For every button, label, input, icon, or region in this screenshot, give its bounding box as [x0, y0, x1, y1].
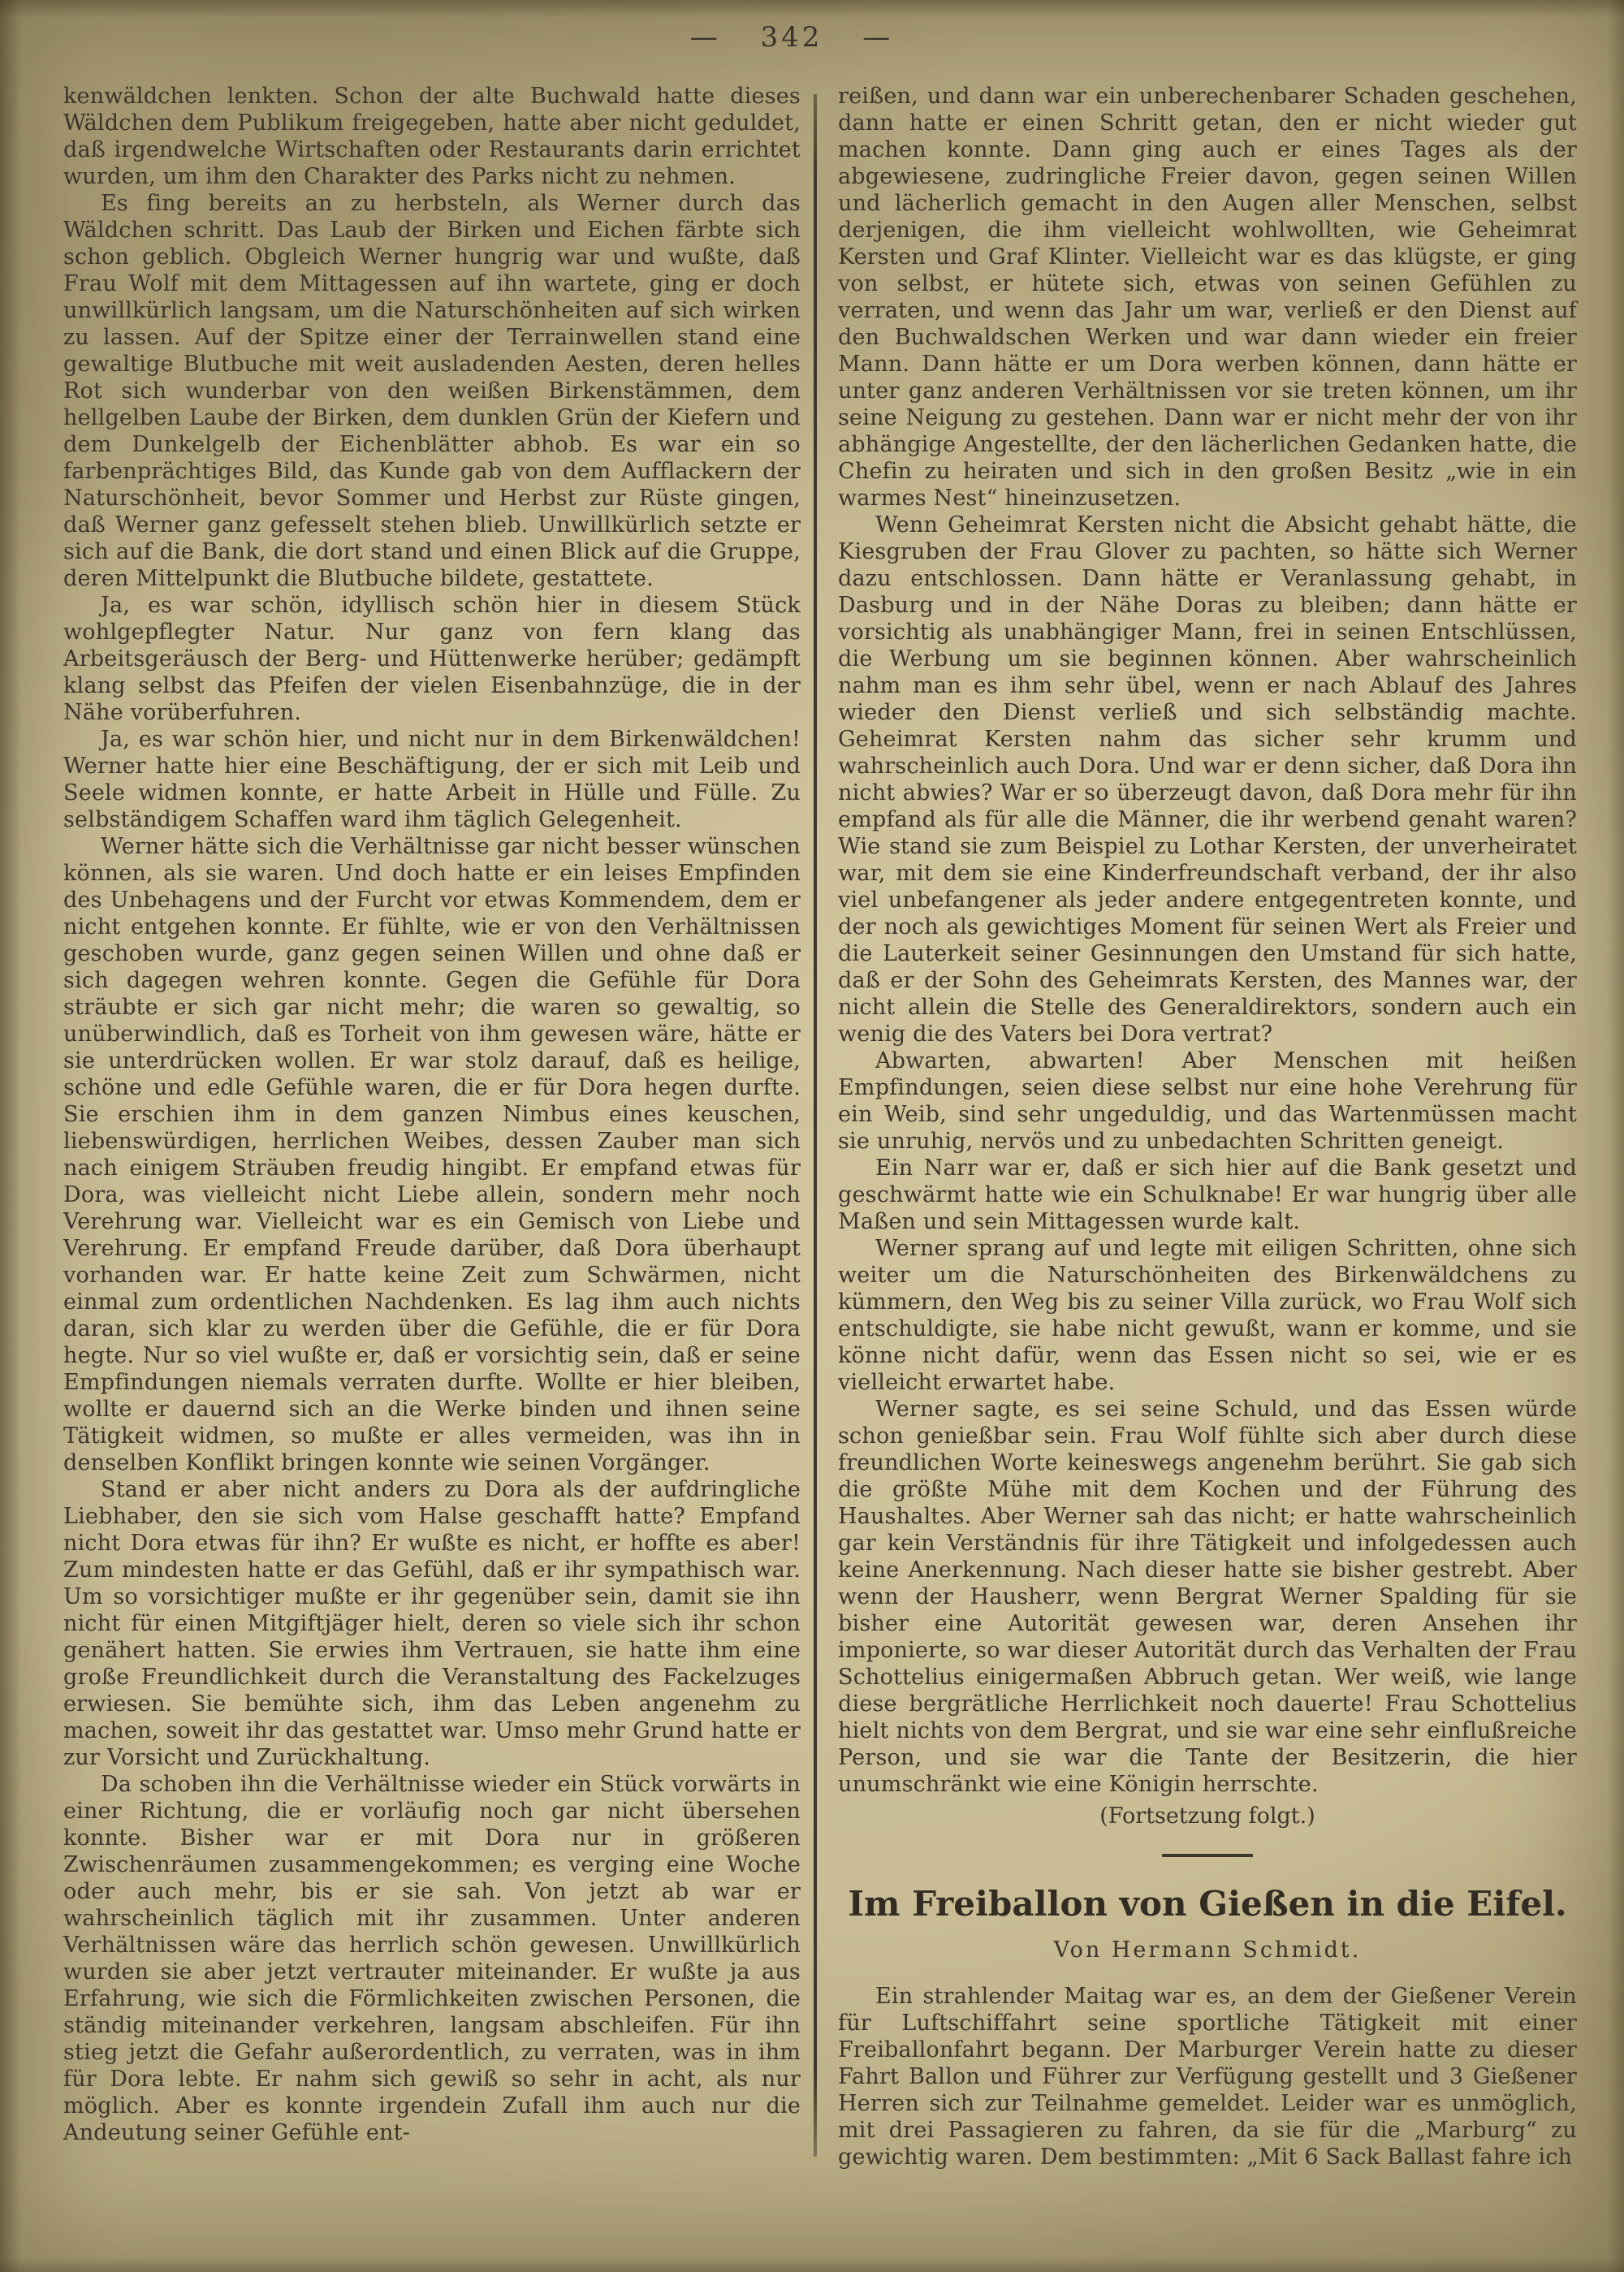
newspaper-page-scan: — 342 — kenwäldchen lenkten. Schon der a…: [0, 0, 1624, 2272]
story-paragraph: Ja, es war schön hier, und nicht nur in …: [63, 726, 801, 833]
article-paragraph: Ein strahlender Maitag war es, an dem de…: [838, 1983, 1577, 2170]
story-paragraph: Da schoben ihn die Verhältnisse wieder e…: [63, 1771, 801, 2146]
story-paragraph: Wenn Geheimrat Kersten nicht die Absicht…: [838, 512, 1577, 1047]
story-paragraph: kenwäldchen lenkten. Schon der alte Buch…: [63, 83, 801, 190]
left-column: kenwäldchen lenkten. Schon der alte Buch…: [63, 83, 801, 2146]
section-divider-rule: [1162, 1854, 1253, 1857]
continuation-note: (Fortsetzung folgt.): [838, 1803, 1577, 1829]
story-paragraph: Abwarten, abwarten! Aber Menschen mit he…: [838, 1047, 1577, 1155]
page-edge-shadow-top: [0, 0, 1624, 18]
story-paragraph: Werner sagte, es sei seine Schuld, und d…: [838, 1396, 1577, 1798]
story-paragraph: Werner sprang auf und legte mit eiligen …: [838, 1235, 1577, 1396]
story-paragraph: Es fing bereits an zu herbsteln, als Wer…: [63, 190, 801, 592]
column-divider-rule: [814, 94, 817, 2157]
story-paragraph: Stand er aber nicht anders zu Dora als d…: [63, 1476, 801, 1771]
page-edge-shadow-right: [1608, 0, 1624, 2272]
page-edge-shadow-bottom: [0, 2257, 1624, 2272]
right-column: reißen, und dann war ein unberechenbarer…: [838, 83, 1577, 2170]
story-paragraph: Ja, es war schön, idyllisch schön hier i…: [63, 592, 801, 726]
story-paragraph: Ein Narr war er, daß er sich hier auf di…: [838, 1155, 1577, 1235]
article-title: Im Freiballon von Gießen in die Eifel.: [838, 1885, 1577, 1924]
page-edge-shadow-left: [0, 0, 21, 2272]
page-number: — 342 —: [0, 21, 1583, 54]
article-byline: Von Hermann Schmidt.: [838, 1937, 1577, 1963]
story-paragraph: Werner hätte sich die Verhältnisse gar n…: [63, 833, 801, 1476]
story-paragraph: reißen, und dann war ein unberechenbarer…: [838, 83, 1577, 512]
